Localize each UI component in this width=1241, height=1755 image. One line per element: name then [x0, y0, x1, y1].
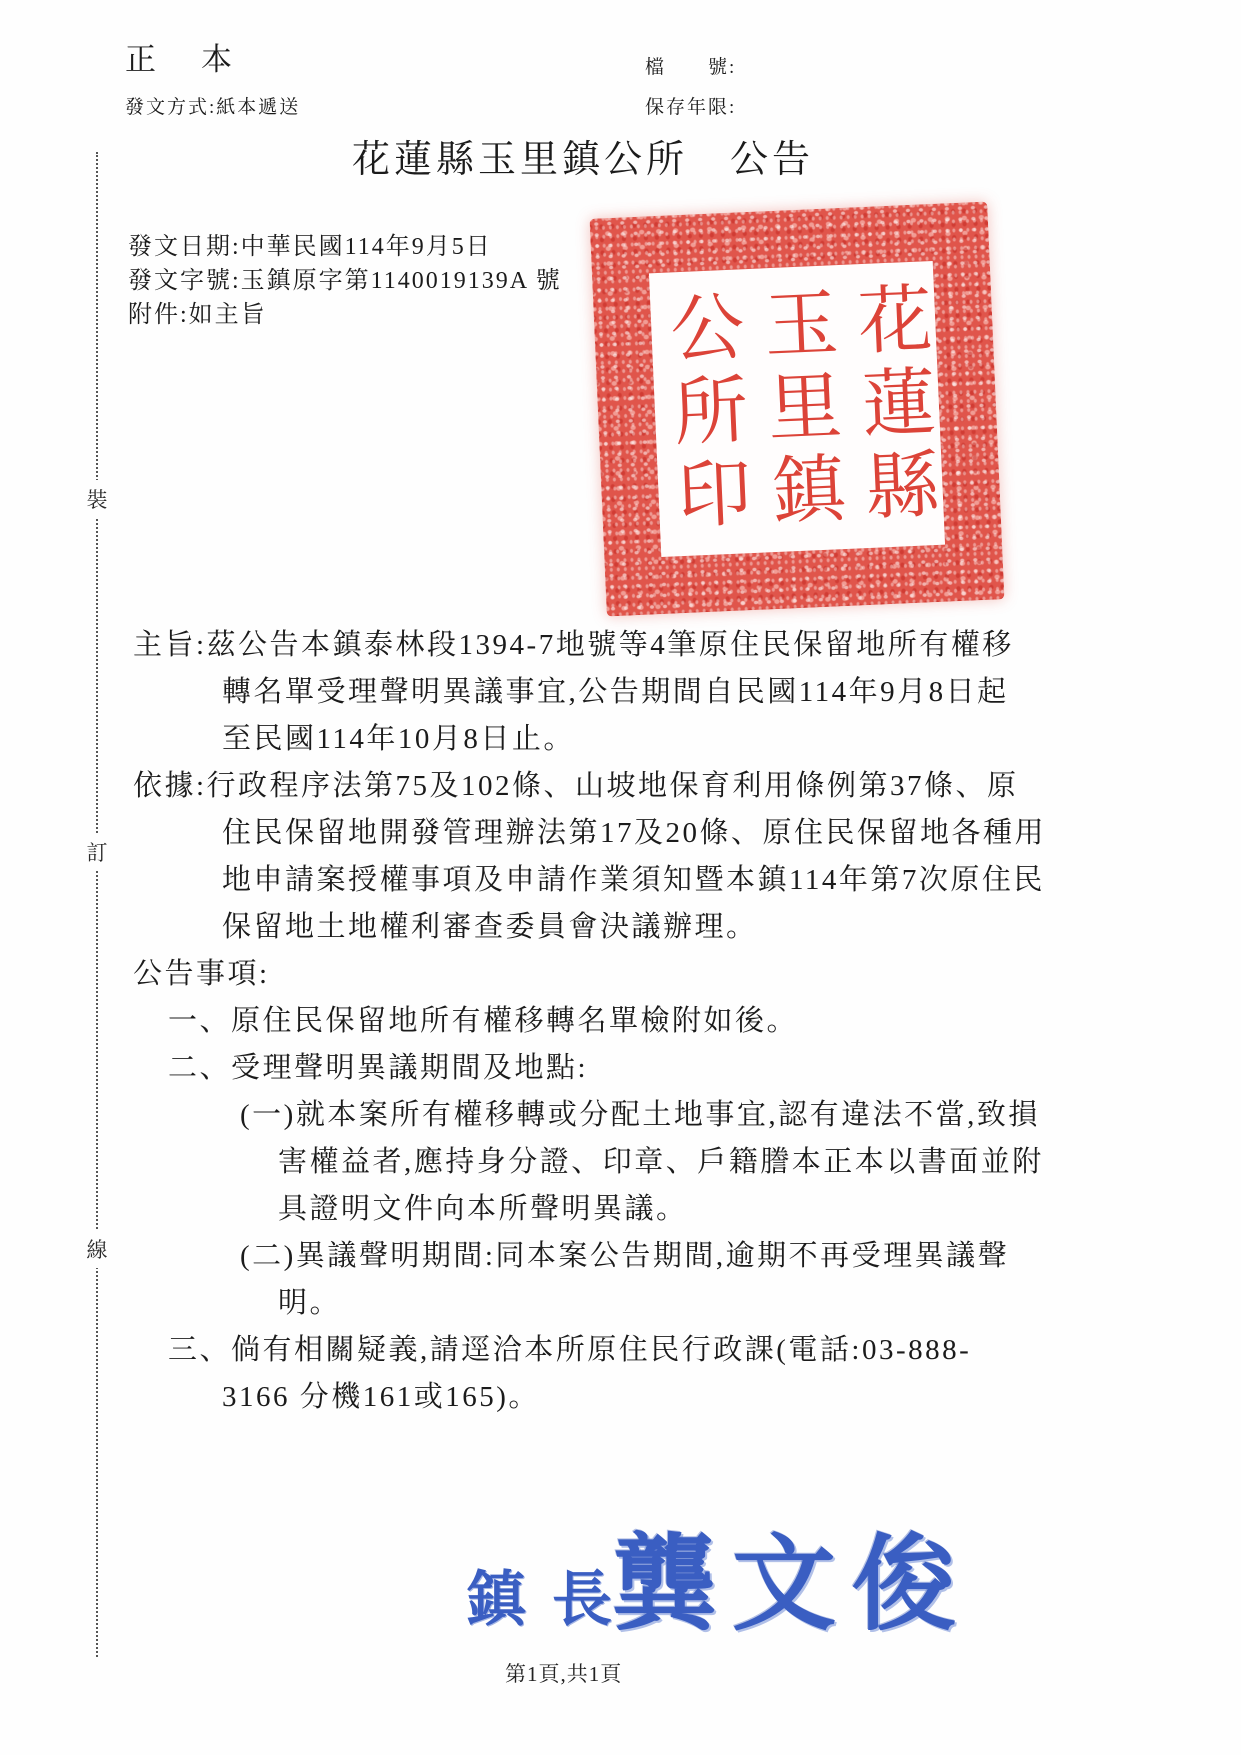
copy-type-label: 正 本: [125, 34, 239, 79]
body-line: 至民國114年10月8日止。: [133, 716, 1063, 763]
mayor-signature: 龔文俊: [612, 1500, 972, 1650]
retention-period-label: 保存年限:: [645, 92, 736, 119]
body-line-item-2: 二、受理聲明異議期間及地點:: [133, 1045, 1063, 1092]
announcement-document: 裝 訂 線 正 本 發文方式:紙本遞送 檔 號: 保存年限: 花蓮縣玉里鎮公所 …: [0, 0, 1241, 1755]
issue-date: 發文日期:中華民國114年9月5日: [128, 226, 492, 261]
body-line-item-3: 三、倘有相關疑義,請逕洽本所原住民行政課(電話:03-888-: [133, 1327, 1063, 1374]
body-line-subitem-1: (一)就本案所有權移轉或分配土地事宜,認有違法不當,致損: [133, 1092, 1063, 1139]
attachment-note: 附件:如主旨: [128, 294, 267, 329]
body-line-subitem-2: (二)異議聲明期間:同本案公告期間,逾期不再受理異議聲: [133, 1233, 1063, 1280]
file-number-label: 檔 號:: [645, 52, 736, 79]
binding-mark-zhuang: 裝: [84, 480, 110, 518]
binding-mark-xian: 線: [84, 1230, 110, 1268]
body-line-basis: 依據:行政程序法第75及102條、山坡地保育利用條例第37條、原: [133, 763, 1063, 810]
page-number: 第1頁,共1頁: [505, 1658, 622, 1688]
binding-dotted-line: [96, 152, 98, 1657]
body-line: 地申請案授權事項及申請作業須知暨本鎮114年第7次原住民: [133, 857, 1063, 904]
body-line-subject: 主旨:茲公告本鎮泰林段1394-7地號等4筆原住民保留地所有權移: [133, 622, 1063, 669]
body-line-items-heading: 公告事項:: [133, 951, 1063, 998]
official-seal: 花蓮縣玉里鎮公所印: [590, 202, 1005, 617]
body-line-item-1: 一、原住民保留地所有權移轉名單檢附如後。: [133, 998, 1063, 1045]
body-line: 保留地土地權利審查委員會決議辦理。: [133, 904, 1063, 951]
document-number: 發文字號:玉鎮原字第1140019139A 號: [128, 260, 562, 295]
body-line: 3166 分機161或165)。: [133, 1374, 1063, 1421]
body-line: 住民保留地開發管理辦法第17及20條、原住民保留地各種用: [133, 810, 1063, 857]
body-line: 明。: [133, 1280, 1063, 1327]
official-seal-text: 花蓮縣玉里鎮公所印: [649, 261, 945, 557]
body-line: 具證明文件向本所聲明異議。: [133, 1186, 1063, 1233]
body-line: 害權益者,應持身分證、印章、戶籍謄本正本以書面並附: [133, 1139, 1063, 1186]
announcement-body: 主旨:茲公告本鎮泰林段1394-7地號等4筆原住民保留地所有權移 轉名單受理聲明…: [133, 622, 1063, 1421]
binding-mark-ding: 訂: [84, 833, 110, 871]
body-line: 轉名單受理聲明異議事宜,公告期間自民國114年9月8日起: [133, 669, 1063, 716]
delivery-method: 發文方式:紙本遞送: [125, 92, 300, 119]
document-title: 花蓮縣玉里鎮公所 公告: [352, 128, 814, 183]
